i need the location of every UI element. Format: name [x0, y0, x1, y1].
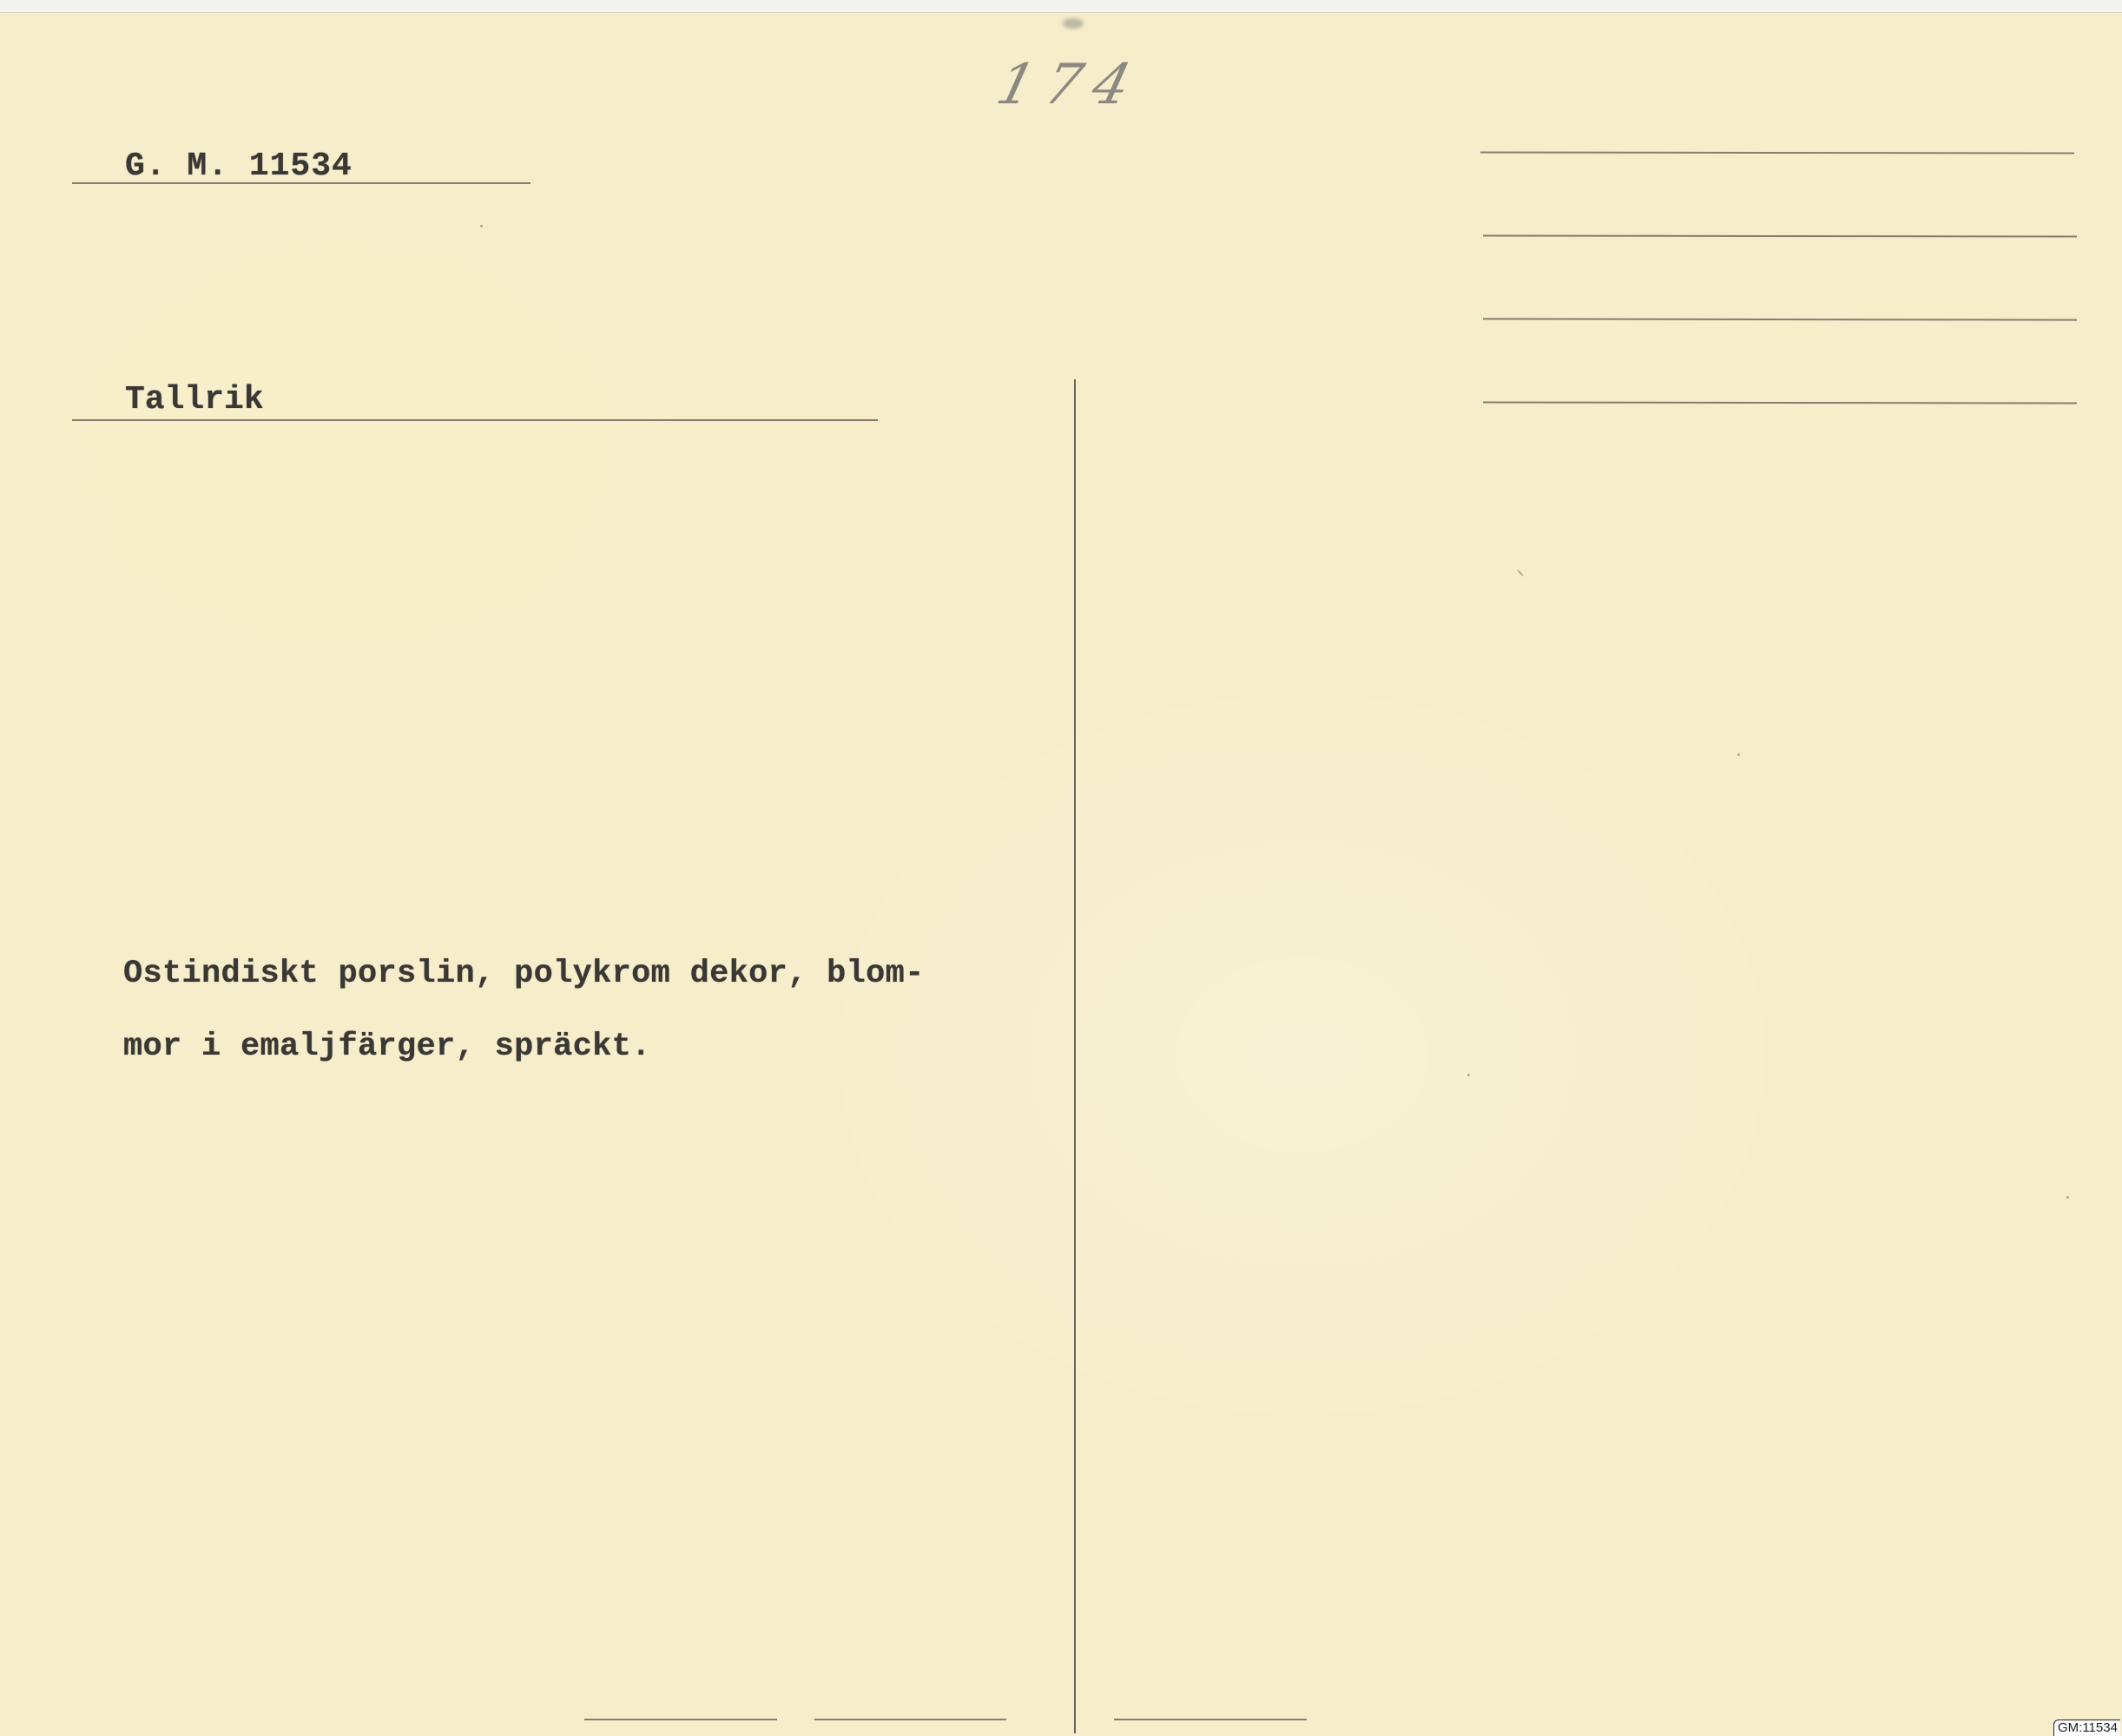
column-divider [1074, 379, 1076, 1733]
bottom-rule-left [584, 1719, 777, 1720]
inventory-number: G. M. 11534 [125, 148, 353, 185]
paper-speck [480, 225, 483, 227]
right-rule-3 [1483, 318, 2077, 320]
paper-stain [1063, 18, 1084, 29]
bottom-rule-right [814, 1719, 1006, 1720]
paper-speck [1737, 753, 1740, 756]
right-rule-1 [1480, 152, 2074, 155]
paper-speck [1517, 569, 1524, 577]
description-line-1: Ostindiskt porslin, polykrom dekor, blom… [123, 956, 925, 992]
right-rule-4 [1483, 402, 2077, 404]
paper-speck [2066, 1196, 2069, 1199]
paper-speck [1467, 1074, 1470, 1076]
description-line-2: mor i emaljfärger, spräckt. [123, 1029, 651, 1065]
right-rule-2 [1483, 235, 2077, 238]
inventory-number-underline [72, 182, 530, 184]
object-name-underline [72, 419, 878, 421]
handwritten-page-number: 174 [991, 53, 1150, 117]
bottom-rule-far-right [1114, 1719, 1307, 1720]
object-name: Tallrik [125, 381, 264, 418]
archive-id-tag: GM:11534 [2053, 1720, 2120, 1736]
catalog-card: 174 G. M. 11534 Tallrik Ostindiskt porsl… [0, 12, 2122, 1736]
